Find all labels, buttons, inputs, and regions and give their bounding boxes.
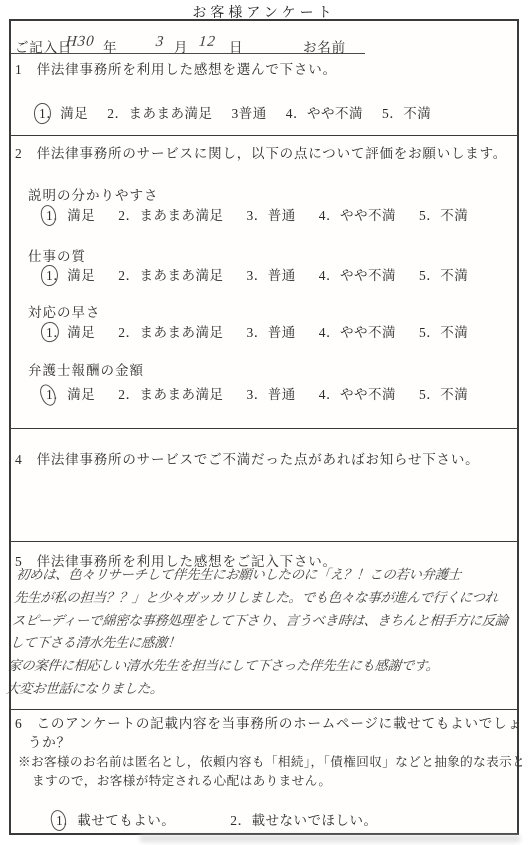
q2-row-4-option-1-label: ．満足 xyxy=(53,387,95,402)
q2-row-4-option-2-num: 2 xyxy=(118,387,125,402)
q6-option-1-circle-mark: 1 xyxy=(56,813,63,829)
q1-option-2: 2．まあまあ満足 xyxy=(107,102,212,122)
q6-option-1-label: ．載せてもよい。 xyxy=(63,813,175,828)
q2-row-3-option-4: 4．やや不満 xyxy=(319,321,396,341)
q1-option-1-label: ．満足 xyxy=(46,106,88,121)
date-row-underline xyxy=(11,53,365,54)
q6-heading-line2: うか？ xyxy=(28,731,71,751)
q2-row-4-option-5: 5．不満 xyxy=(419,383,468,403)
q2-row-2-label: 仕事の質 xyxy=(28,245,86,265)
q2-row-2-option-2-label: ．まあまあ満足 xyxy=(126,268,224,283)
q2-row-1-option-4-num: 4 xyxy=(319,208,326,223)
q2-row-1-option-3-num: 3 xyxy=(247,208,254,223)
q2-row-2-option-1-label: ．満足 xyxy=(53,268,95,283)
q2-row-1-option-4: 4．やや不満 xyxy=(319,204,396,224)
q2-text: 伴法律事務所のサービスに関し，以下の点について評価をお願いします。 xyxy=(37,146,508,161)
q1-option-3-num: 3 xyxy=(232,106,239,122)
q1-option-3-label: 普通 xyxy=(239,106,267,121)
q5-answer-line-3: スピーディーで綿密な事務処理をして下さり、言うべき時は、きちんと相手方に反論 xyxy=(11,610,511,633)
q2-row-2-option-3-label: ．普通 xyxy=(254,268,296,283)
q6-options-row: 1．載せてもよい。 2．載せないでほしい。 xyxy=(56,809,378,829)
q2-row-2-options: 1．満足 2．まあまあ満足 3．普通 4．やや不満 5．不満 xyxy=(46,264,468,284)
q5-answer-line-6: 大変お世話になりました。 xyxy=(5,678,505,701)
q2-row-1-option-3-label: ．普通 xyxy=(254,208,296,223)
q2-row-1-label: 説明の分かりやすさ xyxy=(28,184,159,204)
survey-form-table: ご記入日 H30 年 3 月 12 日 お名前 1伴法律事務所を利用した感想を選… xyxy=(9,19,519,835)
q2-row-2-option-4-num: 4 xyxy=(319,268,326,283)
q2-row-3-option-2-label: ．まあまあ満足 xyxy=(126,325,224,340)
q2-row-3-option-3-num: 3 xyxy=(247,325,254,340)
q1-option-5: 5．不満 xyxy=(382,102,431,122)
q1-option-5-label: ．不満 xyxy=(389,106,431,121)
q4-number: 4 xyxy=(15,452,23,468)
q1-option-4: 4．やや不満 xyxy=(286,102,363,122)
section-divider-3 xyxy=(11,541,517,542)
q2-row-2-option-4-label: ．やや不満 xyxy=(326,268,396,283)
q2-row-4-option-2: 2．まあまあ満足 xyxy=(118,383,223,403)
q2-row-2-circle-mark: 1 xyxy=(46,268,53,284)
q6-option-2-num: 2 xyxy=(230,813,237,828)
q2-row-4-option-4: 4．やや不満 xyxy=(319,383,396,403)
q2-row-2-option-3-num: 3 xyxy=(247,268,254,283)
q2-row-4-options: 1．満足 2．まあまあ満足 3．普通 4．やや不満 5．不満 xyxy=(46,383,468,403)
q2-row-1-option-3: 3．普通 xyxy=(247,204,296,224)
section-divider-4 xyxy=(11,709,517,710)
q2-row-1-option-1-label: ．満足 xyxy=(53,208,95,223)
q4-answer-area xyxy=(19,476,509,531)
q2-row-4-circle-mark: 1 xyxy=(46,387,53,403)
q6-note-line1: ※お客様のお名前は匿名とし，依頼内容も「相続」，「債権回収」などと抽象的な表示と… xyxy=(18,751,528,770)
q2-row-4-label: 弁護士報酬の金額 xyxy=(28,359,144,379)
q1-heading: 1伴法律事務所を利用した感想を選んで下さい。 xyxy=(15,58,337,78)
q6-heading-line1: 6このアンケートの記載内容を当事務所のホームページに載せてもよいでしょ xyxy=(15,712,522,732)
q2-row-3-option-1: 1．満足 xyxy=(46,321,95,341)
q1-number: 1 xyxy=(15,62,23,78)
q6-number: 6 xyxy=(15,716,23,732)
q2-row-1-option-1: 1．満足 xyxy=(46,204,95,224)
q4-text: 伴法律事務所のサービスでご不満だった点があればお知らせ下さい。 xyxy=(37,452,480,467)
q2-row-1-option-2-label: ．まあまあ満足 xyxy=(126,208,224,223)
q2-row-4-option-3-label: ．普通 xyxy=(254,387,296,402)
q5-answer-line-1: 初めは、色々リサーチして伴先生にお願いしたのに「え？！この若い弁護士 xyxy=(15,564,515,587)
q2-row-3-option-2-num: 2 xyxy=(118,325,125,340)
date-year-value: H30 xyxy=(65,33,95,51)
q4-heading: 4伴法律事務所のサービスでご不満だった点があればお知らせ下さい。 xyxy=(15,448,479,468)
q2-row-1-option-2: 2．まあまあ満足 xyxy=(118,204,223,224)
q2-row-2-option-2-num: 2 xyxy=(118,268,125,283)
q6-option-2-label: ．載せないでほしい。 xyxy=(238,813,378,828)
q2-row-3-options: 1．満足 2．まあまあ満足 3．普通 4．やや不満 5．不満 xyxy=(46,321,468,341)
q1-option-1: 1．満足 xyxy=(39,102,88,122)
q2-row-3-option-3-label: ．普通 xyxy=(254,325,296,340)
q5-answer-line-4: して下さる清水先生に感激！ xyxy=(9,632,509,655)
q1-option-3: 3普通 xyxy=(232,102,267,122)
q2-number: 2 xyxy=(15,146,23,162)
q2-heading: 2伴法律事務所のサービスに関し，以下の点について評価をお願いします。 xyxy=(15,142,507,162)
q2-row-2-option-1: 1．満足 xyxy=(46,264,95,284)
section-divider-1 xyxy=(11,135,517,136)
q6-text-line1: このアンケートの記載内容を当事務所のホームページに載せてもよいでしょ xyxy=(37,716,522,731)
q1-option-4-label: ．やや不満 xyxy=(293,106,363,121)
q5-handwritten-answer: 初めは、色々リサーチして伴先生にお願いしたのに「え？！この若い弁護士 先生が私の… xyxy=(5,564,515,701)
q2-row-4-option-3-num: 3 xyxy=(247,387,254,402)
q2-row-1-option-4-label: ．やや不満 xyxy=(326,208,396,223)
q2-row-3-option-2: 2．まあまあ満足 xyxy=(118,321,223,341)
q2-row-1-option-2-num: 2 xyxy=(118,208,125,223)
q1-option-2-num: 2 xyxy=(107,106,114,122)
q2-row-4-option-4-label: ．やや不満 xyxy=(326,387,396,402)
q6-note-line2: ますので，お客様が特定される心配はありません。 xyxy=(32,770,331,789)
q2-row-2-option-5-label: ．不満 xyxy=(426,268,468,283)
q2-row-2-option-2: 2．まあまあ満足 xyxy=(118,264,223,284)
q2-row-3-option-5-label: ．不満 xyxy=(426,325,468,340)
q1-option-4-num: 4 xyxy=(286,106,293,122)
survey-scan-page: { "palette": { "ink": "#2b2b2b", "hand_i… xyxy=(0,0,528,845)
section-divider-2 xyxy=(11,428,517,429)
q5-answer-line-2: 先生が私の担当？？」と少々ガッカリしました。でも色々な事が進んで行くにつれ xyxy=(13,587,513,610)
q2-row-1-option-5-label: ．不満 xyxy=(426,208,468,223)
q1-options-row: 1．満足 2．まあまあ満足 3普通 4．やや不満 5．不満 xyxy=(39,102,431,122)
q2-row-3-option-5: 5．不満 xyxy=(419,321,468,341)
q2-row-4-option-4-num: 4 xyxy=(319,387,326,402)
q2-row-2-option-4: 4．やや不満 xyxy=(319,264,396,284)
q2-row-3-option-4-label: ．やや不満 xyxy=(326,325,396,340)
scan-shadow-artifact xyxy=(140,835,520,842)
q2-row-4-option-3: 3．普通 xyxy=(247,383,296,403)
q2-row-3-label: 対応の早さ xyxy=(28,301,101,321)
q6-option-2: 2．載せないでほしい。 xyxy=(230,809,377,829)
q2-row-4-option-5-label: ．不満 xyxy=(426,387,468,402)
date-day-value: 12 xyxy=(198,34,217,51)
q1-text: 伴法律事務所を利用した感想を選んで下さい。 xyxy=(37,62,337,77)
q5-answer-line-5: 家の案件に相応しい清水先生を担当にして下さった伴先生にも感謝です。 xyxy=(7,655,507,678)
q1-option-1-circle-mark: 1 xyxy=(39,106,46,122)
q2-row-3-option-3: 3．普通 xyxy=(247,321,296,341)
q2-row-3-option-1-label: ．満足 xyxy=(53,325,95,340)
q2-row-4-option-1: 1．満足 xyxy=(46,383,95,403)
date-month-value: 3 xyxy=(155,34,165,51)
q2-row-4-option-2-label: ．まあまあ満足 xyxy=(126,387,224,402)
q1-option-2-label: ．まあまあ満足 xyxy=(115,106,213,121)
q1-option-5-num: 5 xyxy=(382,106,389,122)
q2-row-1-option-5: 5．不満 xyxy=(419,204,468,224)
q2-row-1-options: 1．満足 2．まあまあ満足 3．普通 4．やや不満 5．不満 xyxy=(46,204,468,224)
q2-row-2-option-5: 5．不満 xyxy=(419,264,468,284)
q2-row-3-circle-mark: 1 xyxy=(46,325,53,341)
q6-option-1: 1．載せてもよい。 xyxy=(56,809,175,829)
q2-row-2-option-3: 3．普通 xyxy=(247,264,296,284)
q2-row-3-option-4-num: 4 xyxy=(319,325,326,340)
q2-row-1-circle-mark: 1 xyxy=(46,208,53,224)
